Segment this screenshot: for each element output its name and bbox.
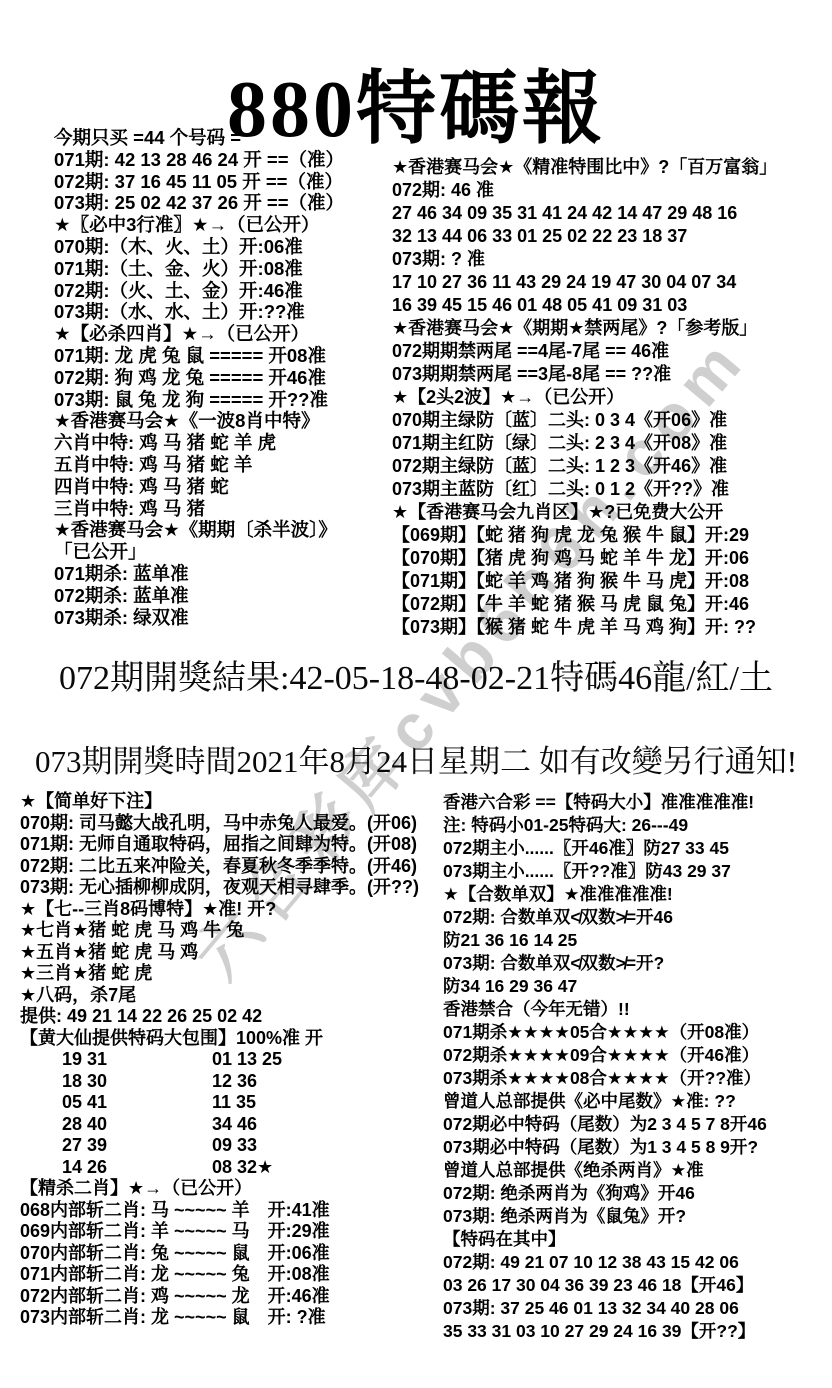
table-row: 14 2608 32★ [20,1157,444,1179]
text-line: 073期: ? 准 [392,248,828,271]
section-heshu-danshuang: ★【合数单双】★准准准准准!072期: 合数单双≮双数≯=开46防21 36 1… [443,883,831,998]
section-2tou-2bo: ★【2头2波】★→（已公开）070期主绿防〔蓝〕二头: 0 3 4《开06》准0… [392,386,828,501]
table-cell: 28 40 [20,1114,212,1136]
section-xianggang-jinhe: 香港禁合（今年无错）!!071期杀★★★★05合★★★★（开08准）072期杀★… [443,998,831,1090]
text-line: 071期主红防〔绿〕二头: 2 3 4《开08》准 [392,432,828,455]
text-line: 072期: 37 16 45 11 05 开 ==（准） [54,171,399,193]
table-cell: 18 30 [20,1071,212,1093]
table-cell: 11 35 [212,1092,256,1114]
text-line: 072期: 二比五来冲险关，春夏秋冬季季特。(开46) [20,856,444,878]
table-cell: 19 31 [20,1049,212,1071]
text-line: 32 13 44 06 33 01 25 02 22 23 18 37 [392,225,828,248]
text-line: 今期只买 =44 个号码 = [54,127,399,149]
text-line: 072期: 合数单双≮双数≯=开46 [443,906,831,929]
text-line: 071期: 龙 虎 兔 鼠 ===== 开08准 [54,345,399,367]
text-line: 071期杀: 蓝单准 [54,563,399,585]
section-tema-daxiao: 香港六合彩 ==【特码大小】准准准准准!注: 特码小01-25特码大: 26--… [443,791,831,883]
text-line: 073期:（水、水、土）开:??准 [54,301,399,323]
table-cell: 34 46 [212,1114,257,1136]
top-left-column: 今期只买 =44 个号码 =071期: 42 13 28 46 24 开 ==（… [54,127,399,628]
table-cell: 01 13 25 [212,1049,282,1071]
text-line: 03 26 17 30 04 36 39 23 46 18【开46】 [443,1274,831,1297]
text-line: 072期必中特码（尾数）为2 3 4 5 7 8开46 [443,1113,831,1136]
section-qiqi-jin-liangwei: ★香港赛马会★《期期★禁两尾》?「参考版」072期期禁两尾 ==4尾-7尾 ==… [392,317,828,386]
bottom-right-column: 香港六合彩 ==【特码大小】准准准准准!注: 特码小01-25特码大: 26--… [443,791,831,1343]
draw-result-banner: 072期開獎結果:42-05-18-48-02-21特碼46龍/紅/土 [0,650,832,699]
text-line: ★香港赛马会★《精准特围比中》?「百万富翁」 [392,156,828,179]
text-line: 072期: 49 21 07 10 12 38 43 15 42 06 [443,1251,831,1274]
text-line: ★【简单好下注】 [20,791,444,813]
text-line: ★【2头2波】★→（已公开） [392,386,828,409]
section-yibo-8xiao-zhongte: ★香港赛马会★《一波8肖中特》六肖中特: 鸡 马 猪 蛇 羊 虎五肖中特: 鸡 … [54,410,399,519]
text-line: 073期: 绝杀两肖为《鼠兔》开? [443,1205,831,1228]
table-cell: 12 36 [212,1071,257,1093]
text-line: 070期: 司马懿大战孔明，马中赤兔人最爱。(开06) [20,813,444,835]
text-line: 17 10 27 36 11 43 29 24 19 47 30 04 07 3… [392,271,828,294]
section-qi-dao-sanxiao-8ma: ★【七--三肖8码博特】★准! 开?★七肖★猪 蛇 虎 马 鸡 牛 兔★五肖★猪… [20,899,444,1028]
section-bizhong-3hang: ★〖必中3行准〗★→（已公开）070期:（木、火、土）开:06准071期:（土、… [54,214,399,323]
table-cell: 09 33 [212,1135,257,1157]
table-cell: 08 32★ [212,1157,273,1179]
text-line: 073期: 25 02 42 37 26 开 ==（准） [54,192,399,214]
text-line: 072期: 狗 鸡 龙 兔 ===== 开46准 [54,367,399,389]
text-line: 069内部斩二肖: 羊 ~~~~~ 马 开:29准 [20,1221,444,1243]
text-line: ★八码，杀7尾 [20,985,444,1007]
section-today-buy-numbers: 今期只买 =44 个号码 =071期: 42 13 28 46 24 开 ==（… [54,127,399,214]
table-row: 05 4111 35 [20,1092,444,1114]
section-jiuxiao-qu: ★【香港赛马会九肖区】★?已免费大公开【069期】【蛇 猪 狗 虎 龙 兔 猴 … [392,501,828,639]
text-line: 071内部斩二肖: 龙 ~~~~~ 兔 开:08准 [20,1264,444,1286]
text-line: ★〖必中3行准〗★→（已公开） [54,214,399,236]
text-line: 【073期】【猴 猪 蛇 牛 虎 羊 马 鸡 狗】开: ?? [392,616,828,639]
text-line: ★香港赛马会★《期期★禁两尾》?「参考版」 [392,317,828,340]
text-line: 注: 特码小01-25特码大: 26---49 [443,814,831,837]
section-bisha-4xiao: ★【必杀四肖】★→（已公开）071期: 龙 虎 兔 鼠 ===== 开08准07… [54,323,399,410]
text-line: 072期:（火、土、金）开:46准 [54,280,399,302]
top-right-column: ★香港赛马会★《精准特围比中》?「百万富翁」072期: 46 准27 46 34… [392,156,828,639]
text-line: 072期: 46 准 [392,179,828,202]
text-line: 072期主小......〖开46准〗防27 33 45 [443,837,831,860]
text-line: 070期:（木、火、土）开:06准 [54,236,399,258]
text-line: 073期主蓝防〔红〕二头: 0 1 2《开??》准 [392,478,828,501]
text-line: 五肖中特: 鸡 马 猪 蛇 羊 [54,454,399,476]
text-line: 073期: 37 25 46 01 13 32 34 40 28 06 [443,1297,831,1320]
bottom-left-column: ★【简单好下注】070期: 司马懿大战孔明，马中赤兔人最爱。(开06)071期:… [20,791,444,1329]
text-line: 曾道人总部提供《必中尾数》★准: ?? [443,1090,831,1113]
text-line: ★【必杀四肖】★→（已公开） [54,323,399,345]
text-line: 071期: 42 13 28 46 24 开 ==（准） [54,149,399,171]
next-draw-banner: 073期開獎時間2021年8月24日星期二 如有改變另行通知! [0,736,832,781]
baowei-number-table: 19 3101 13 2518 3012 3605 4111 3528 4034… [20,1049,444,1178]
text-line: 071期: 无师自通取特码，屈指之间肆为特。(开08) [20,834,444,856]
text-line: 073期: 无心插柳柳成阴，夜观天相寻肆季。(开??) [20,877,444,899]
table-row: 27 3909 33 [20,1135,444,1157]
text-line: 【070期】【猪 虎 狗 鸡 马 蛇 羊 牛 龙】开:06 [392,547,828,570]
text-line: 防21 36 16 14 25 [443,929,831,952]
table-cell: 05 41 [20,1092,212,1114]
table-row: 18 3012 36 [20,1071,444,1093]
text-line: ★七肖★猪 蛇 虎 马 鸡 牛 兔 [20,920,444,942]
section-jingzhun-tewei: ★香港赛马会★《精准特围比中》?「百万富翁」072期: 46 准27 46 34… [392,156,828,317]
text-line: 六肖中特: 鸡 马 猪 蛇 羊 虎 [54,432,399,454]
text-line: 16 39 45 15 46 01 48 05 41 09 31 03 [392,294,828,317]
baowei-title: 【黄大仙提供特码大包围】100%准 开 [20,1028,444,1050]
text-line: 070内部斩二肖: 兔 ~~~~~ 鼠 开:06准 [20,1243,444,1265]
section-baowei-header: 【黄大仙提供特码大包围】100%准 开 [20,1028,444,1050]
text-line: 073期: 鼠 兔 龙 狗 ===== 开??准 [54,389,399,411]
text-line: 073期杀★★★★08合★★★★（开??准） [443,1067,831,1090]
section-bizhong-weishu: 曾道人总部提供《必中尾数》★准: ??072期必中特码（尾数）为2 3 4 5 … [443,1090,831,1159]
text-line: 提供: 49 21 14 22 26 25 02 42 [20,1006,444,1028]
section-jingsha-erxiao: 【精杀二肖】★→（已公开）068内部斩二肖: 马 ~~~~~ 羊 开:41准06… [20,1178,444,1329]
text-line: 【特码在其中】 [443,1228,831,1251]
text-line: 073内部斩二肖: 龙 ~~~~~ 鼠 开: ?准 [20,1307,444,1329]
section-qiqi-sha-banbo: ★香港赛马会★《期期〔杀半波〕》「已公开」071期杀: 蓝单准072期杀: 蓝单… [54,519,399,628]
text-line: 073期杀: 绿双准 [54,607,399,629]
table-row: 19 3101 13 25 [20,1049,444,1071]
text-line: ★三肖★猪 蛇 虎 [20,963,444,985]
section-tema-zaiqizhong: 【特码在其中】072期: 49 21 07 10 12 38 43 15 42 … [443,1228,831,1343]
text-line: 【072期】【牛 羊 蛇 猪 猴 马 虎 鼠 兔】开:46 [392,593,828,616]
text-line: 四肖中特: 鸡 马 猪 蛇 [54,476,399,498]
text-line: 072内部斩二肖: 鸡 ~~~~~ 龙 开:46准 [20,1286,444,1308]
text-line: 073期期禁两尾 ==3尾-8尾 == ??准 [392,363,828,386]
text-line: ★五肖★猪 蛇 虎 马 鸡 [20,942,444,964]
text-line: ★香港赛马会★《期期〔杀半波〕》 [54,519,399,541]
text-line: 27 46 34 09 35 31 41 24 42 14 47 29 48 1… [392,202,828,225]
table-cell: 27 39 [20,1135,212,1157]
text-line: 072期杀★★★★09合★★★★（开46准） [443,1044,831,1067]
text-line: 防34 16 29 36 47 [443,975,831,998]
table-row: 28 4034 46 [20,1114,444,1136]
text-line: 【069期】【蛇 猪 狗 虎 龙 兔 猴 牛 鼠】开:29 [392,524,828,547]
text-line: 【精杀二肖】★→（已公开） [20,1178,444,1200]
text-line: 35 33 31 03 10 27 29 24 16 39【开??】 [443,1320,831,1343]
section-juesha-liangxiao: 曾道人总部提供《绝杀两肖》★准072期: 绝杀两肖为《狗鸡》开46073期: 绝… [443,1159,831,1228]
table-cell: 14 26 [20,1157,212,1179]
text-line: ★【香港赛马会九肖区】★?已免费大公开 [392,501,828,524]
text-line: 072期期禁两尾 ==4尾-7尾 == 46准 [392,340,828,363]
text-line: 073期必中特码（尾数）为1 3 4 5 8 9开? [443,1136,831,1159]
text-line: 三肖中特: 鸡 马 猪 [54,498,399,520]
text-line: 073期主小......〖开??准〗防43 29 37 [443,860,831,883]
section-jiandan-haoxiazhu: ★【简单好下注】070期: 司马懿大战孔明，马中赤兔人最爱。(开06)071期:… [20,791,444,899]
text-line: 072期: 绝杀两肖为《狗鸡》开46 [443,1182,831,1205]
text-line: 072期杀: 蓝单准 [54,585,399,607]
text-line: ★香港赛马会★《一波8肖中特》 [54,410,399,432]
text-line: 073期: 合数单双≮双数≯=开? [443,952,831,975]
text-line: 「已公开」 [54,541,399,563]
text-line: 068内部斩二肖: 马 ~~~~~ 羊 开:41准 [20,1200,444,1222]
text-line: 071期杀★★★★05合★★★★（开08准） [443,1021,831,1044]
text-line: 071期:（土、金、火）开:08准 [54,258,399,280]
text-line: ★【合数单双】★准准准准准! [443,883,831,906]
text-line: 070期主绿防〔蓝〕二头: 0 3 4《开06》准 [392,409,828,432]
text-line: 曾道人总部提供《绝杀两肖》★准 [443,1159,831,1182]
text-line: ★【七--三肖8码博特】★准! 开? [20,899,444,921]
text-line: 香港禁合（今年无错）!! [443,998,831,1021]
text-line: 072期主绿防〔蓝〕二头: 1 2 3《开46》准 [392,455,828,478]
text-line: 香港六合彩 ==【特码大小】准准准准准! [443,791,831,814]
text-line: 【071期】【蛇 羊 鸡 猪 狗 猴 牛 马 虎】开:08 [392,570,828,593]
